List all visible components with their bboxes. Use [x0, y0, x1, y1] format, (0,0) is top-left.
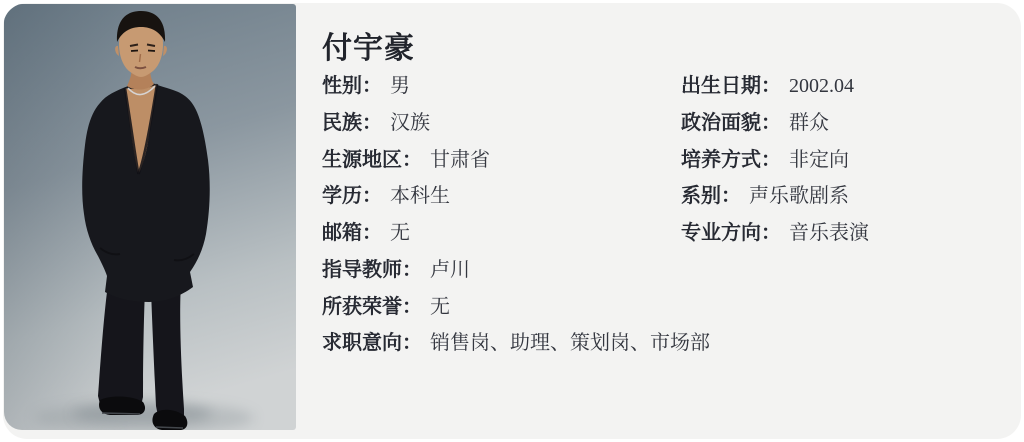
political-status-value: 群众	[789, 112, 829, 134]
birthdate-value: 2002.04	[789, 75, 854, 97]
info-row-advisor: 指导教师：卢川	[322, 258, 997, 282]
portrait-photo	[4, 4, 296, 430]
info-row-degree-department: 学历：本科生 系别：声乐歌剧系	[322, 184, 997, 208]
advisor-value: 卢川	[430, 259, 470, 281]
email-value: 无	[390, 222, 410, 244]
info-row-origin-training: 生源地区：甘肃省 培养方式：非定向	[322, 148, 997, 172]
training-mode-value: 非定向	[789, 149, 849, 171]
email-label: 邮箱：	[322, 222, 382, 244]
origin-region-label: 生源地区：	[322, 149, 422, 171]
department-label: 系别：	[681, 185, 741, 207]
origin-region-value: 甘肃省	[430, 149, 490, 171]
profile-info: 付宇豪 性别：男 出生日期：2002.04 民族：汉族 政治面貌：群众 生源地区…	[322, 32, 997, 412]
gender-label: 性别：	[322, 75, 382, 97]
major-direction-value: 音乐表演	[789, 222, 869, 244]
political-status-label: 政治面貌：	[681, 112, 781, 134]
degree-value: 本科生	[390, 185, 450, 207]
job-intention-label: 求职意向：	[322, 332, 422, 354]
ethnicity-value: 汉族	[390, 112, 430, 134]
info-row-ethnicity-politics: 民族：汉族 政治面貌：群众	[322, 111, 997, 135]
birthdate-label: 出生日期：	[681, 75, 781, 97]
info-row-email-major: 邮箱：无 专业方向：音乐表演	[322, 221, 997, 245]
info-row-gender-birthdate: 性别：男 出生日期：2002.04	[322, 74, 997, 98]
profile-card: 付宇豪 性别：男 出生日期：2002.04 民族：汉族 政治面貌：群众 生源地区…	[3, 3, 1021, 439]
training-mode-label: 培养方式：	[681, 149, 781, 171]
honors-label: 所获荣誉：	[322, 296, 422, 318]
portrait-figure	[4, 4, 296, 430]
department-value: 声乐歌剧系	[749, 185, 849, 207]
advisor-label: 指导教师：	[322, 259, 422, 281]
info-row-job-intention: 求职意向：销售岗、助理、策划岗、市场部	[322, 331, 997, 355]
honors-value: 无	[430, 296, 450, 318]
job-intention-value: 销售岗、助理、策划岗、市场部	[430, 332, 710, 354]
nose	[140, 54, 141, 62]
gender-value: 男	[390, 75, 410, 97]
ethnicity-label: 民族：	[322, 112, 382, 134]
degree-label: 学历：	[322, 185, 382, 207]
info-row-honors: 所获荣誉：无	[322, 295, 997, 319]
profile-name: 付宇豪	[322, 32, 997, 66]
major-direction-label: 专业方向：	[681, 222, 781, 244]
